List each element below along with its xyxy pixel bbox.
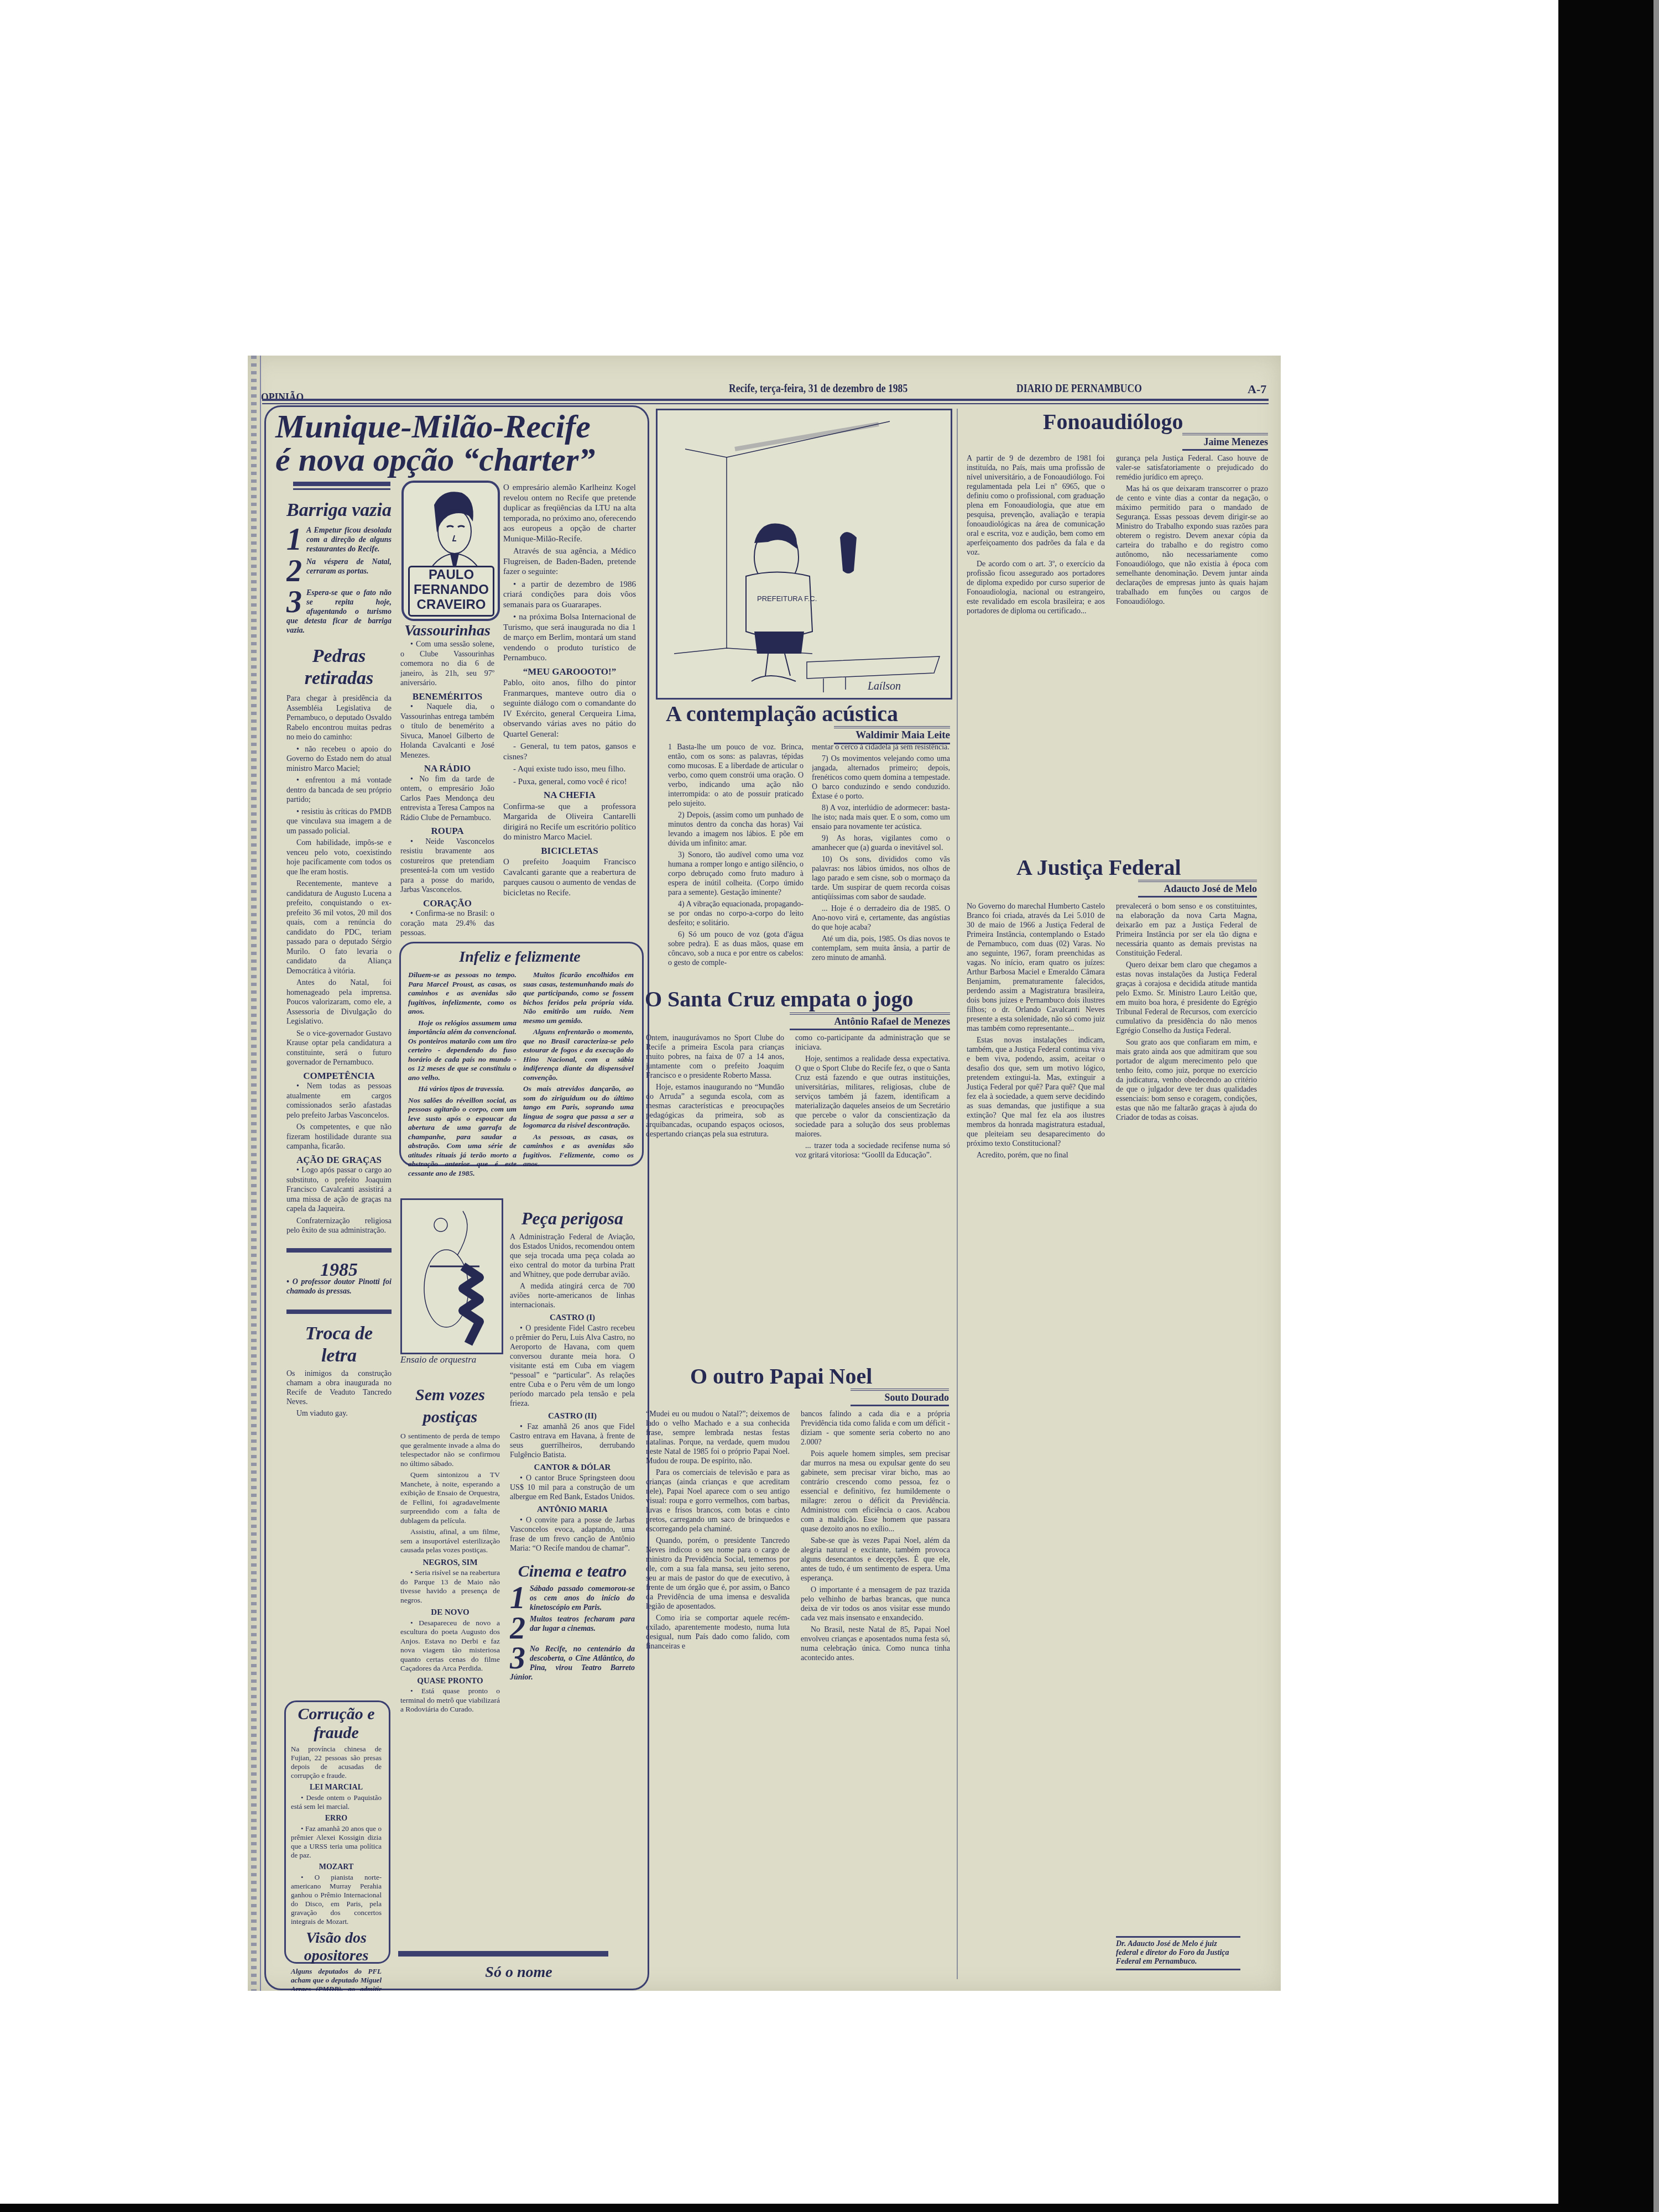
article-column: como co-participante da administração qu… bbox=[795, 1034, 950, 1354]
issue-date: Recife, terça-feira, 31 de dezembro de 1… bbox=[729, 381, 907, 395]
article-byline: Souto Dourado bbox=[851, 1389, 949, 1406]
article-byline: Antônio Rafael de Menezes bbox=[790, 1013, 950, 1030]
svg-text:PREFEITURA F.C.: PREFEITURA F.C. bbox=[757, 594, 817, 603]
section-title: Peça perigosa bbox=[510, 1207, 635, 1229]
drawing-caption: Ensaio de orquestra bbox=[400, 1354, 505, 1365]
scanner-gray-edge bbox=[1653, 0, 1659, 2212]
column-headline-1: Munique-Milão-Recife bbox=[275, 409, 591, 444]
section-title: Troca de letra bbox=[286, 1323, 392, 1367]
article-headline: O outro Papai Noel bbox=[690, 1363, 872, 1389]
corrupcao-section: Corrução e fraude Na província chinesa d… bbox=[291, 1705, 382, 1991]
perforation-edge bbox=[251, 356, 257, 1991]
section-label: OPINIÃO bbox=[261, 390, 304, 404]
numbered-list: 1A Empetur ficou desolada com a direção … bbox=[286, 526, 392, 635]
list-item: 1A Empetur ficou desolada com a direção … bbox=[286, 526, 392, 554]
section-title: 1985 bbox=[286, 1265, 392, 1275]
article-column: Ontem, inaugurávamos no Sport Clube do R… bbox=[646, 1034, 784, 1354]
subheading: AÇÃO DE GRAÇAS bbox=[286, 1155, 392, 1165]
decorative-rule-thin bbox=[293, 488, 390, 490]
article-column: bancos falindo a cada dia e a própria Pr… bbox=[801, 1410, 950, 1974]
list-item: 3No Recife, no centenário da descoberta,… bbox=[510, 1645, 635, 1682]
article-byline: Adaucto José de Melo bbox=[1138, 880, 1257, 898]
section-title: Só o nome bbox=[398, 1964, 639, 1981]
section-title: Sem vozes postiças bbox=[400, 1384, 500, 1428]
subheading: COMPETÊNCIA bbox=[286, 1071, 392, 1081]
list-item: 3Espera-se que o fato não se repita hoje… bbox=[286, 588, 392, 635]
article-column: prevalecerá o bom senso e os constituint… bbox=[1116, 902, 1257, 1908]
section-title: Pedras retiradas bbox=[286, 645, 392, 690]
editorial-cartoon: PREFEITURA F.C. Laílson bbox=[656, 409, 952, 700]
section-title: Infeliz e felizmente bbox=[399, 948, 640, 966]
article-headline: A contemplação acústica bbox=[666, 701, 898, 727]
newspaper-name: DIARIO DE PERNAMBUCO bbox=[1016, 381, 1142, 395]
section-title: Cinema e teatro bbox=[510, 1561, 635, 1582]
cartoon-illustration: PREFEITURA F.C. Laílson bbox=[658, 410, 951, 698]
article-column: A partir de 9 de dezembro de 1981 foi in… bbox=[967, 454, 1105, 819]
page-number: A-7 bbox=[1248, 382, 1266, 397]
scanner-bottom-edge bbox=[0, 2204, 1558, 2212]
cartoonist-signature: Laílson bbox=[867, 680, 901, 692]
article-byline: Waldimir Maia Leite bbox=[834, 726, 950, 744]
column-headline-2: é nova opção “charter” bbox=[275, 442, 595, 477]
infeliz-col-1: Diluem-se as pessoas no tempo. Para Marc… bbox=[408, 971, 517, 1180]
column-divider bbox=[957, 409, 958, 1979]
decorative-rule bbox=[293, 482, 390, 486]
article-column: 1 Basta-lhe um pouco de voz. Brinca, ent… bbox=[668, 743, 804, 980]
columnist-portrait: PAULO FERNANDO CRAVEIRO bbox=[401, 481, 500, 621]
sem-vozes-section: Sem vozes postiças O sentimento de perda… bbox=[400, 1384, 500, 1717]
article-column: mentar o cerco à cidadela já sem resistê… bbox=[812, 743, 950, 980]
author-footnote: Dr. Adaucto José de Melo é juiz federal … bbox=[1116, 1936, 1240, 1970]
section-title: Barriga vazia bbox=[286, 499, 392, 521]
decorative-rule bbox=[398, 1951, 608, 1957]
section-title: Corrução e fraude bbox=[291, 1705, 382, 1743]
list-item: 2Na véspera de Natal, cerraram as portas… bbox=[286, 557, 392, 585]
article-headline: A Justiça Federal bbox=[1016, 854, 1181, 880]
masthead-rule bbox=[262, 399, 1269, 401]
barriga-vazia-section: Barriga vazia 1A Empetur ficou desolada … bbox=[286, 499, 392, 1421]
article-column: “Mudei eu ou mudou o Natal?”; deixemos d… bbox=[646, 1410, 790, 1974]
article-headline: Fonoaudiólogo bbox=[1043, 409, 1183, 435]
columnist-name: PAULO FERNANDO CRAVEIRO bbox=[408, 566, 494, 617]
decorative-rule bbox=[286, 1248, 392, 1253]
decorative-rule bbox=[286, 1310, 392, 1314]
article-column: No Governo do marechal Humberto Castelo … bbox=[967, 902, 1105, 1958]
orchestra-drawing bbox=[400, 1198, 503, 1354]
article-byline: Jaime Menezes bbox=[1182, 433, 1268, 451]
article-headline: O Santa Cruz empata o jogo bbox=[645, 986, 914, 1012]
list-item: 2Muitos teatros fecharam para dar lugar … bbox=[510, 1615, 635, 1642]
pedras-body: Para chegar à presidência da Assembléia … bbox=[286, 694, 392, 1236]
section-title: Visão dos opositores bbox=[291, 1929, 382, 1965]
scanner-dark-edge bbox=[1558, 0, 1653, 2212]
bass-player-illustration bbox=[402, 1200, 502, 1353]
newspaper-page: OPINIÃO Recife, terça-feira, 31 de dezem… bbox=[248, 356, 1281, 1991]
infeliz-col-2: Muitos ficarão encolhidos em suas casas,… bbox=[523, 971, 634, 1171]
section-title: Vassourinhas bbox=[400, 622, 494, 640]
list-item: 1Sábado passado comemorou-se os cem anos… bbox=[510, 1584, 635, 1613]
binding-line bbox=[260, 356, 261, 1991]
charter-article-body: O empresário alemão Karlheinz Kogel reve… bbox=[503, 483, 636, 900]
article-column: gurança pela Justiça Federal. Caso houve… bbox=[1116, 454, 1268, 819]
peca-perigosa-section: Peça perigosa A Administração Federal de… bbox=[510, 1207, 635, 1684]
vassourinhas-section: Vassourinhas • Com uma sessão solene, o … bbox=[400, 622, 494, 941]
masthead-rule-thin bbox=[262, 403, 1269, 404]
